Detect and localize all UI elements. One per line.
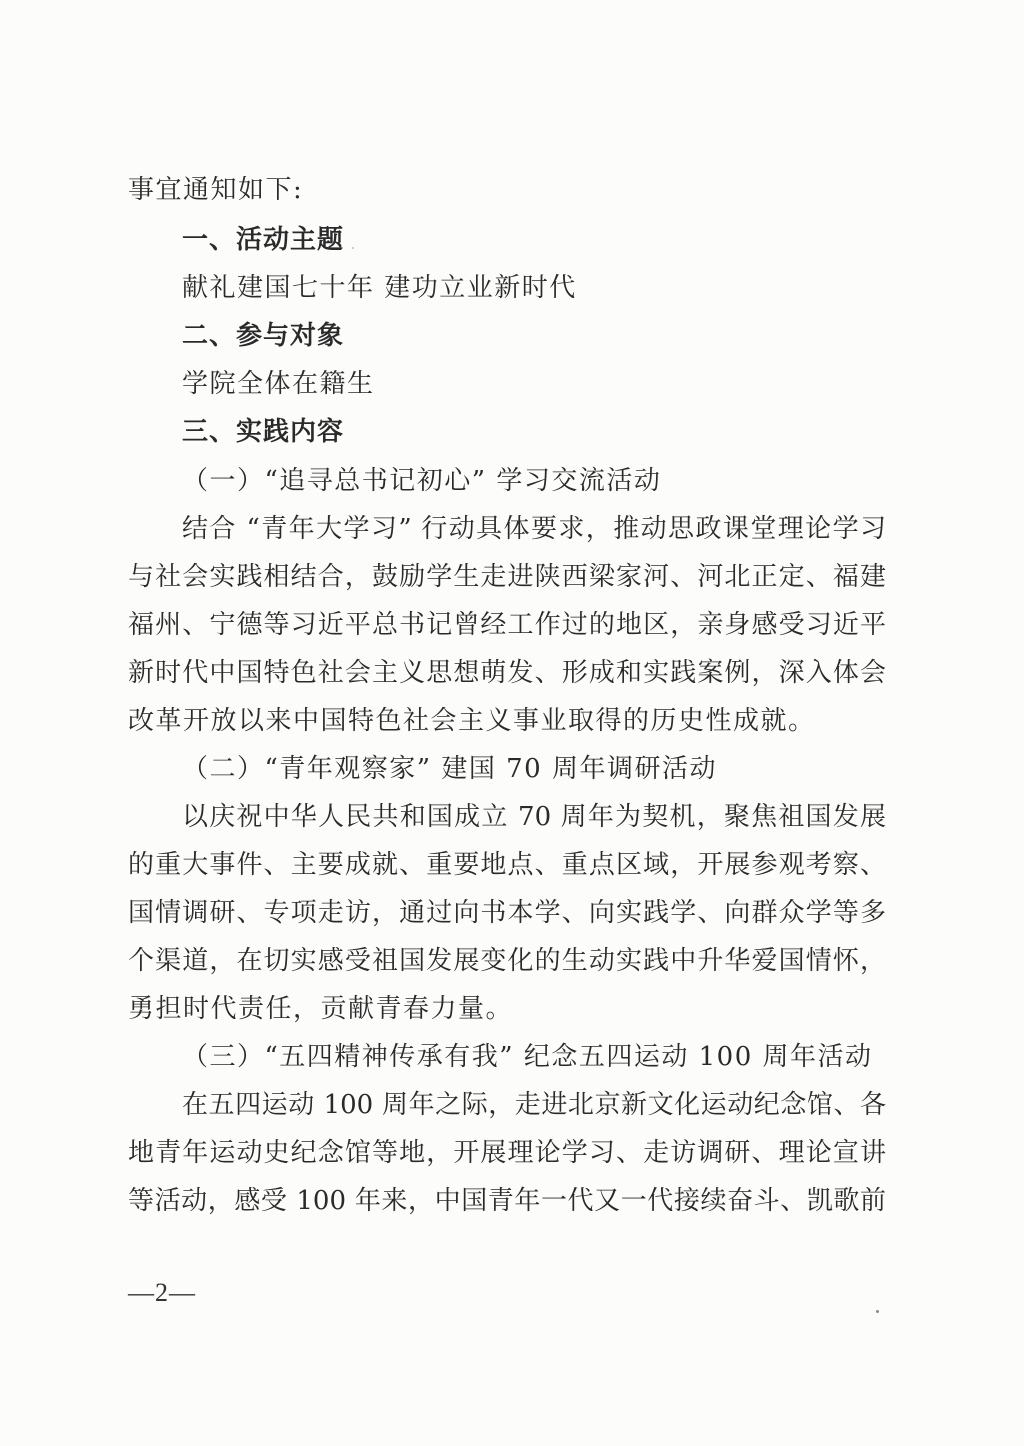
subsection-title-2: （二）“青年观察家” 建国 70 周年调研活动 — [182, 751, 942, 787]
paragraph-line: 国情调研、专项走访，通过向书本学、向实践学、向群众学等多 — [128, 895, 886, 931]
page-number: —2— — [128, 1278, 196, 1308]
subsection-title-1: （一）“追寻总书记初心” 学习交流活动 — [182, 463, 942, 499]
paragraph-line: 的重大事件、主要成就、重要地点、重点区域，开展参观考察、 — [128, 847, 886, 883]
scan-speck — [352, 247, 354, 249]
scan-speck — [876, 1310, 879, 1313]
paragraph-line: 在五四运动 100 周年之际，走进北京新文化运动纪念馆、各 — [182, 1087, 886, 1123]
section-heading-participants: 二、参与对象 — [182, 318, 942, 354]
paragraph-line: 以庆祝中华人民共和国成立 70 周年为契机，聚焦祖国发展 — [182, 799, 886, 835]
section-heading-theme: 一、活动主题 — [182, 222, 942, 258]
subsection-title-3: （三）“五四精神传承有我” 纪念五四运动 100 周年活动 — [182, 1039, 942, 1075]
paragraph-line: 与社会实践相结合，鼓励学生走进陕西梁家河、河北正定、福建 — [128, 559, 886, 595]
section-body-theme: 献礼建国七十年 建功立业新时代 — [182, 270, 942, 306]
document-page: 事宜通知如下: 一、活动主题 献礼建国七十年 建功立业新时代 二、参与对象 学院… — [0, 0, 1024, 1446]
paragraph-line: 改革开放以来中国特色社会主义事业取得的历史性成就。 — [128, 703, 888, 739]
paragraph-line: 福州、宁德等习近平总书记曾经工作过的地区，亲身感受习近平 — [128, 607, 886, 643]
paragraph-line: 等活动，感受 100 年来，中国青年一代又一代接续奋斗、凯歌前 — [128, 1183, 886, 1219]
paragraph-line: 地青年运动史纪念馆等地，开展理论学习、走访调研、理论宣讲 — [128, 1135, 886, 1171]
section-heading-content: 三、实践内容 — [182, 414, 942, 450]
paragraph-line: 新时代中国特色社会主义思想萌发、形成和实践案例，深入体会 — [128, 655, 886, 691]
paragraph-line: 个渠道，在切实感受祖国发展变化的生动实践中升华爱国情怀， — [128, 943, 886, 979]
paragraph-line: 勇担时代责任，贡献青春力量。 — [128, 991, 888, 1027]
section-body-participants: 学院全体在籍生 — [182, 366, 942, 402]
paragraph-line: 结合 “青年大学习” 行动具体要求，推动思政课堂理论学习 — [182, 511, 886, 547]
intro-line: 事宜通知如下: — [128, 172, 888, 208]
